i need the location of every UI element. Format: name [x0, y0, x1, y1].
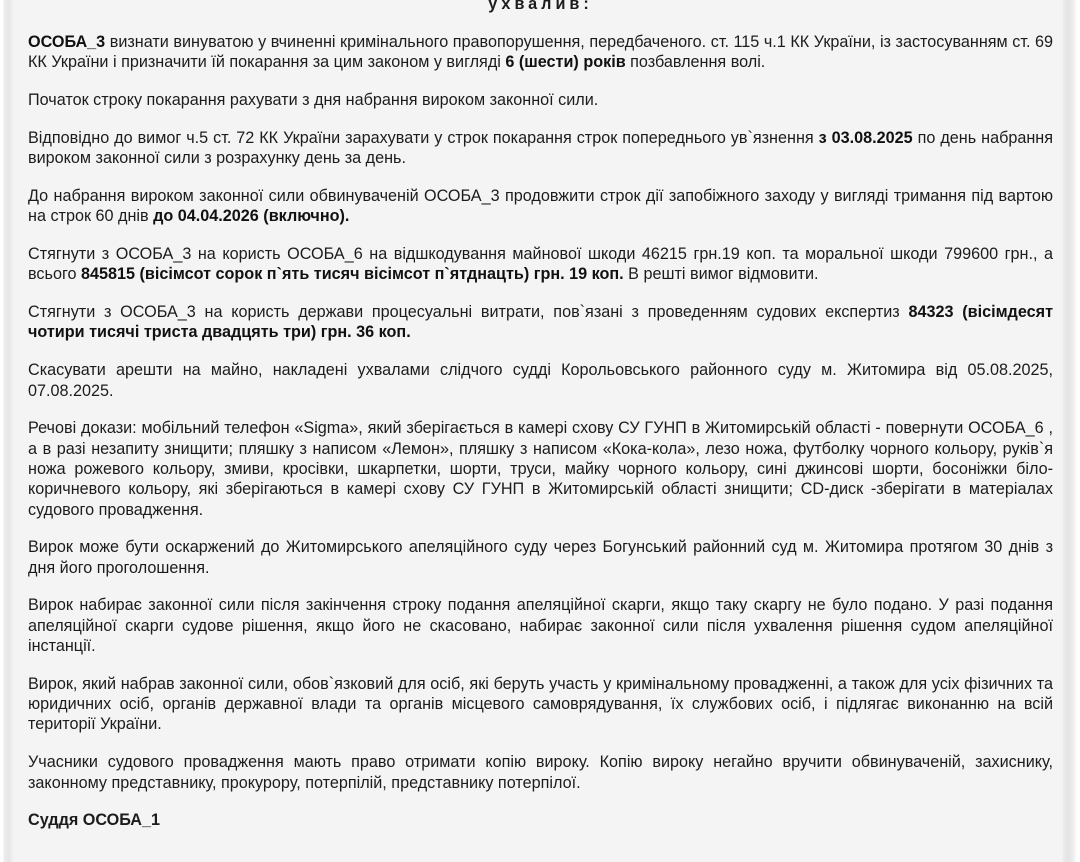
emphasized-text: з 03.08.2025 [819, 129, 913, 147]
verdict-paragraphs: ОСОБА_3 визнати винуватою у вчиненні кри… [28, 32, 1053, 793]
paragraph-preventive-measure: До набрання вироком законної сили обвину… [28, 186, 1053, 227]
paragraph-text: Вирок набирає законної сили після закінч… [28, 596, 1053, 655]
paragraph-pretrial-detention: Відповідно до вимог ч.5 ст. 72 КК Україн… [28, 128, 1053, 169]
emphasized-text: до 04.04.2026 (включно). [153, 207, 349, 225]
document-viewer: ухвалив: ОСОБА_3 визнати винуватою у вчи… [0, 0, 1080, 862]
paragraph-copies: Учасники судового провадження мають прав… [28, 752, 1053, 793]
judge-signature: Суддя ОСОБА_1 [28, 810, 1053, 830]
emphasized-text: 6 (шести) років [505, 53, 625, 71]
emphasized-text: ОСОБА_3 [28, 33, 105, 51]
resolution-heading: ухвалив: [28, 0, 1053, 14]
paragraph-text: Вирок, який набрав законної сили, обов`я… [28, 675, 1053, 734]
paragraph-text: Учасники судового провадження мають прав… [28, 753, 1053, 791]
emphasized-text: 845815 (вісімсот сорок п`ять тисяч вісім… [81, 265, 624, 283]
paragraph-text: Відповідно до вимог ч.5 ст. 72 КК Україн… [28, 129, 819, 147]
paragraph-verdict: ОСОБА_3 визнати винуватою у вчиненні кри… [28, 32, 1053, 73]
paragraph-binding: Вирок, який набрав законної сили, обов`я… [28, 674, 1053, 735]
left-page-border [0, 0, 14, 862]
paragraph-procedural-costs: Стягнути з ОСОБА_3 на користь держави пр… [28, 302, 1053, 343]
paragraph-text: Початок строку покарання рахувати з дня … [28, 91, 598, 109]
paragraph-text: Вирок може бути оскаржений до Житомирськ… [28, 538, 1053, 576]
paragraph-entry-into-force: Вирок набирає законної сили після закінч… [28, 595, 1053, 656]
paragraph-sentence-start: Початок строку покарання рахувати з дня … [28, 90, 1053, 110]
paragraph-arrest-cancel: Скасувати арешти на майно, накладені ухв… [28, 360, 1053, 401]
paragraph-text: Скасувати арешти на майно, накладені ухв… [28, 361, 1053, 399]
paragraph-damages: Стягнути з ОСОБА_3 на користь ОСОБА_6 на… [28, 244, 1053, 285]
scrollbar-track[interactable] [1062, 0, 1080, 862]
paragraph-text: Речові докази: мобільний телефон «Sigma»… [28, 419, 1053, 518]
paragraph-evidence: Речові докази: мобільний телефон «Sigma»… [28, 418, 1053, 519]
paragraph-appeal: Вирок може бути оскаржений до Житомирськ… [28, 537, 1053, 578]
paragraph-text: В решті вимог відмовити. [624, 265, 819, 283]
paragraph-text: Стягнути з ОСОБА_3 на користь держави пр… [28, 303, 908, 321]
court-verdict-document: ухвалив: ОСОБА_3 визнати винуватою у вчи… [28, 0, 1053, 831]
paragraph-text: позбавлення волі. [626, 53, 766, 71]
